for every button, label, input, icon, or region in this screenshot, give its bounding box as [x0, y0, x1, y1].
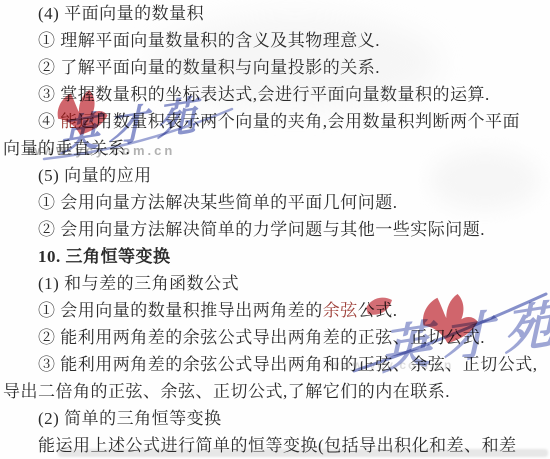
text-line: ② 能利用两角差的余弦公式导出两角差的正弦、正切公式. [0, 324, 550, 351]
text-line: 向量的垂直关系. [0, 135, 550, 162]
text-line: ② 了解平面向量的数量积与向量投影的关系. [0, 54, 550, 81]
text-line: ① 会用向量的数量积推导出两角差的余弦公式. [0, 297, 550, 324]
text-line: 能运用上述公式进行简单的恒等变换(包括导出积化和差、和差 [0, 432, 550, 459]
text-line: ③ 能利用两角差的余弦公式导出两角和的正弦、余弦、正切公式, [0, 351, 550, 378]
text-line: (4) 平面向量的数量积 [0, 0, 550, 27]
text-line: 导出二倍角的正弦、余弦、正切公式,了解它们的内在联系. [0, 378, 550, 405]
text-line: ① 理解平面向量数量积的含义及其物理意义. [0, 27, 550, 54]
text-line: (1) 和与差的三角函数公式 [0, 270, 550, 297]
text-line: ② 会用向量方法解决简单的力学问题与其他一些实际问题. [0, 216, 550, 243]
text-line: (2) 简单的三角恒等变换 [0, 405, 550, 432]
text-line: ④ 能运用数量积表示两个向量的夹角,会用数量积判断两个平面 [0, 108, 550, 135]
text-line: 10. 三角恒等变换 [0, 243, 550, 270]
scanned-document-page: (4) 平面向量的数量积① 理解平面向量数量积的含义及其物理意义.② 了解平面向… [0, 0, 550, 459]
text-line: ③ 掌握数量积的坐标表达式,会进行平面向量数量积的运算. [0, 81, 550, 108]
document-text: (4) 平面向量的数量积① 理解平面向量数量积的含义及其物理意义.② 了解平面向… [0, 0, 550, 459]
text-line: (5) 向量的应用 [0, 162, 550, 189]
text-line: ① 会用向量方法解决某些简单的平面几何问题. [0, 189, 550, 216]
